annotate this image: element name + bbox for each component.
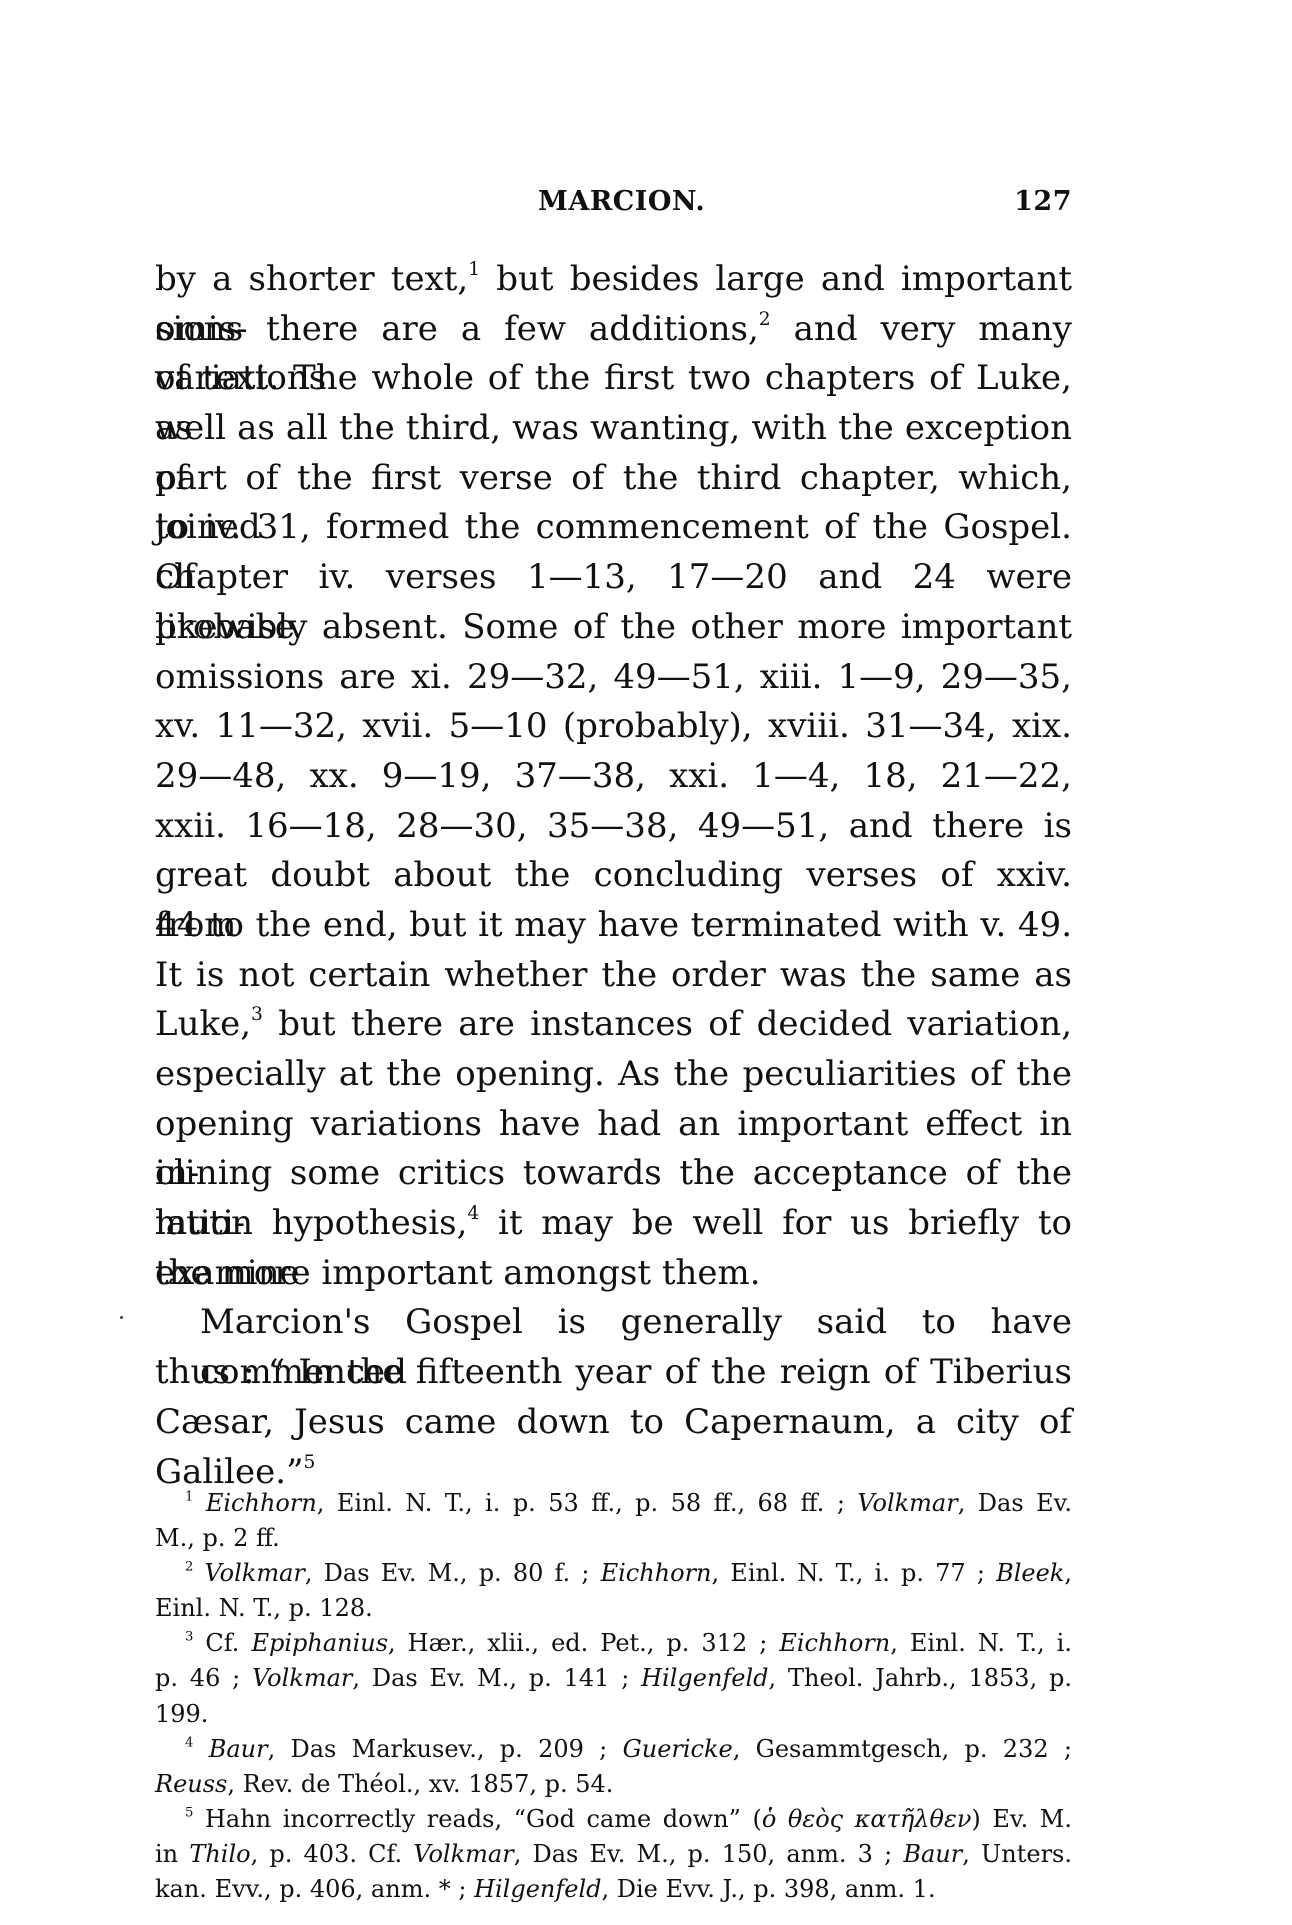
body-line: xv. 11—32, xvii. 5—10 (probably), xviii.… (155, 702, 1072, 752)
body-line: great doubt about the concluding verses … (155, 851, 1072, 901)
footnote-ref-1[interactable]: 1 (468, 259, 480, 280)
body-line: well as all the third, was wanting, with… (155, 404, 1072, 454)
body-line: lation hypothesis,4 it may be well for u… (155, 1199, 1072, 1249)
footnote-ref-2[interactable]: 2 (759, 309, 771, 330)
book-page: MARCION. 127 by a shorter text,1 but bes… (0, 0, 1292, 1925)
body-line: chapter iv. verses 1—13, 17—20 and 24 we… (155, 553, 1072, 603)
body-line: to iv. 31, formed the commencement of th… (155, 503, 1072, 553)
body-line: 29—48, xx. 9—19, 37—38, xxi. 1—4, 18, 21… (155, 752, 1072, 802)
body-line: especially at the opening. As the peculi… (155, 1050, 1072, 1100)
running-title: MARCION. (538, 186, 705, 217)
footnote-ref-5[interactable]: 5 (303, 1452, 315, 1473)
footnote-4-cont: Reuss, Rev. de Théol., xv. 1857, p. 54. (155, 1767, 1072, 1802)
footnote-5-cont: in Thilo, p. 403. Cf. Volkmar, Das Ev. M… (155, 1837, 1072, 1872)
footnote-marker: 1 (185, 1489, 193, 1504)
footnote-2: 2 Volkmar, Das Ev. M., p. 80 f. ; Eichho… (155, 1556, 1072, 1591)
footnote-1: 1 Eichhorn, Einl. N. T., i. p. 53 ff., p… (155, 1486, 1072, 1521)
body-text: by a shorter text,1 but besides large an… (155, 255, 1072, 1448)
body-line: opening variations have had an important… (155, 1100, 1072, 1150)
footnote-3-cont: 199. (155, 1697, 1072, 1732)
body-line: clining some critics towards the accepta… (155, 1149, 1072, 1199)
body-line: probably absent. Some of the other more … (155, 603, 1072, 653)
body-line: omissions are xi. 29—32, 49—51, xiii. 1—… (155, 653, 1072, 703)
footnote-marker: 5 (185, 1805, 193, 1820)
footnote-marker: 4 (185, 1735, 193, 1750)
body-line: of text. The whole of the first two chap… (155, 354, 1072, 404)
running-head: MARCION. 127 (155, 186, 1072, 226)
greek-quote: ὁ θεὸς κατῆλθεν (762, 1805, 972, 1833)
footnote-3: 3 Cf. Epiphanius, Hær., xlii., ed. Pet.,… (155, 1626, 1072, 1661)
body-line: part of the first verse of the third cha… (155, 454, 1072, 504)
footnote-ref-3[interactable]: 3 (251, 1004, 263, 1025)
footnote-4: 4 Baur, Das Markusev., p. 209 ; Guericke… (155, 1732, 1072, 1767)
body-line: xxii. 16—18, 28—30, 35—38, 49—51, and th… (155, 802, 1072, 852)
body-line: thus : “ In the fifteenth year of the re… (155, 1348, 1072, 1398)
footnote-2-cont: Einl. N. T., p. 128. (155, 1591, 1072, 1626)
body-line: sions there are a few additions,2 and ve… (155, 305, 1072, 355)
footnote-1-cont: M., p. 2 ff. (155, 1521, 1072, 1556)
paragraph-start-line: Marcion's Gospel is generally said to ha… (155, 1298, 1072, 1348)
body-line: It is not certain whether the order was … (155, 951, 1072, 1001)
body-line: Luke,3 but there are instances of decide… (155, 1000, 1072, 1050)
body-line: by a shorter text,1 but besides large an… (155, 255, 1072, 305)
footnote-5-cont: kan. Evv., p. 406, anm. * ; Hilgenfeld, … (155, 1872, 1072, 1907)
footnote-marker: 2 (185, 1560, 193, 1575)
footnote-3-cont: p. 46 ; Volkmar, Das Ev. M., p. 141 ; Hi… (155, 1661, 1072, 1696)
footnote-ref-4[interactable]: 4 (467, 1203, 479, 1224)
footnotes: 1 Eichhorn, Einl. N. T., i. p. 53 ff., p… (155, 1486, 1072, 1907)
footnote-5: 5 Hahn incorrectly reads, “God came down… (155, 1802, 1072, 1837)
body-line: 44 to the end, but it may have terminate… (155, 901, 1072, 951)
body-line: Cæsar, Jesus came down to Capernaum, a c… (155, 1398, 1072, 1448)
footnote-marker: 3 (185, 1630, 193, 1645)
page-number: 127 (1014, 186, 1072, 217)
body-line: the more important amongst them. (155, 1249, 1072, 1299)
margin-mark (120, 1316, 123, 1319)
